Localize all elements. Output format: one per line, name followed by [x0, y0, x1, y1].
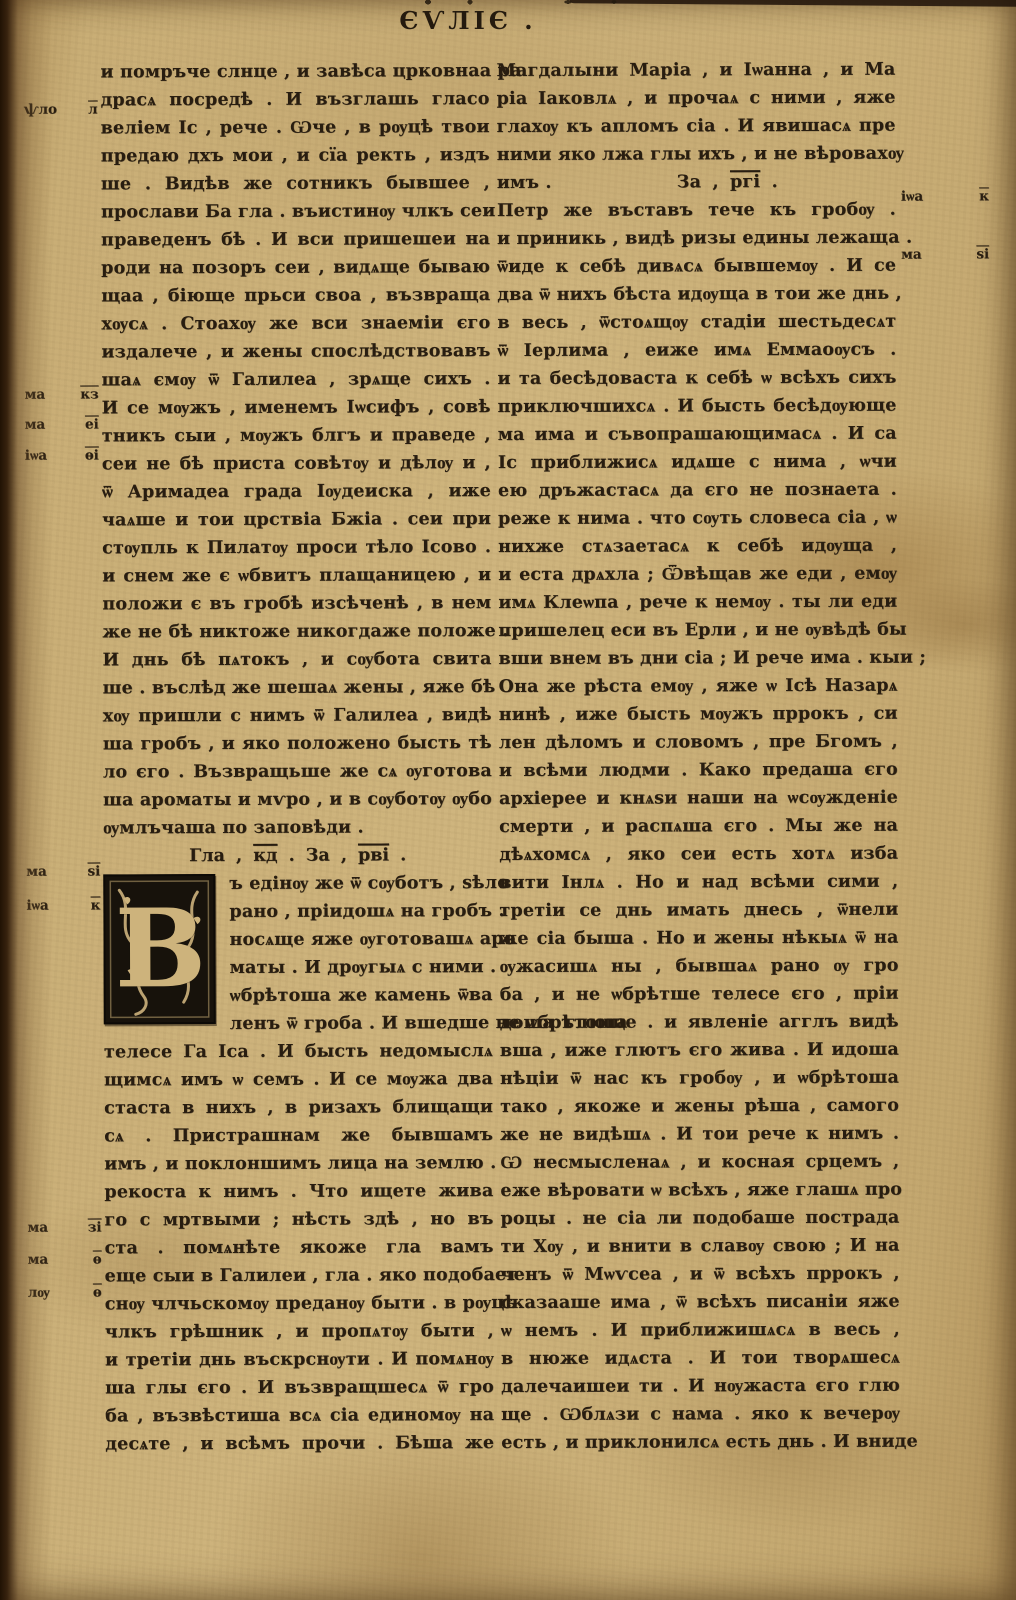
- text-line: и та бесѣдоваста к себѣ ѡ всѣхъ сихъ: [497, 364, 896, 393]
- text-line: ша гробъ , и яко положено бысть тѣ: [103, 729, 492, 758]
- text-line: еже вѣровати ѡ всѣхъ , яже глашѧ про: [500, 1176, 899, 1205]
- text-line: ще . Ѡблѧзи с нама . яко к вечерѹ: [501, 1400, 900, 1429]
- text-line: драсѧ посредѣ . И възглашь гласо: [101, 85, 490, 114]
- heading-pre: За ,: [677, 172, 719, 192]
- text-line: роди на позоръ сеи , видѧще бываю: [101, 253, 490, 282]
- left-text-block-1: и помръче слнце , и завѣса црковнаа радр…: [100, 57, 492, 842]
- text-line: вити Інлѧ . Но и над всѣми сими ,: [499, 868, 898, 897]
- heading-end: .: [772, 172, 778, 192]
- margin-note: ма еі: [25, 416, 99, 432]
- text-line: сказааше има , ѿ всѣхъ писаніи яже: [501, 1288, 900, 1317]
- text-line: лен дѣломъ и словомъ , пре Бгомъ ,: [499, 728, 898, 757]
- text-line: нинѣ , иже бысть мѹжъ пррокъ , си: [499, 700, 898, 729]
- margin-note: іѡа ѳі: [25, 447, 99, 463]
- text-line: же сіа быша . Но и жены нѣкыѧ ѿ на: [499, 924, 898, 953]
- text-line: есть , и приклонилсѧ есть днь . И вниде: [501, 1428, 900, 1457]
- text-line: веліем Іс , рече . Ѡче , в рѹцѣ твои: [101, 113, 490, 142]
- text-line: ше . Видѣв же сотникъ бывшее ,: [101, 169, 490, 198]
- text-line: пришелец еси въ Ерли , и не ѹвѣдѣ бы: [498, 616, 897, 645]
- text-line: ѿиде к себѣ дивѧсѧ бывшемѹ . И се: [497, 252, 896, 281]
- line-text: имъ .: [497, 169, 552, 197]
- margin-note: ма ѕі: [26, 863, 100, 879]
- text-line: Іс приближисѧ идѧше с нима , ѡчи: [498, 448, 897, 477]
- margin-note-book: іѡа: [25, 448, 47, 464]
- text-line: прослави Ба гла . въистинѹ члкъ сеи: [101, 197, 490, 226]
- text-line: имъ , и поклоншимъ лица на землю .: [104, 1149, 493, 1178]
- text-line: чаѧше и тои црствіа Бжіа . сеи при: [102, 505, 491, 534]
- chapter-number: кд: [253, 846, 277, 866]
- text-line: Ѡ несмысленаѧ , и косная срцемъ ,: [500, 1148, 899, 1177]
- text-line: и снем же є ѡбвитъ плащаницею , и: [102, 561, 491, 590]
- text-line: десѧте , и всѣмъ прочи . Бѣша же: [105, 1429, 494, 1458]
- text-line: ба , възвѣстиша всѧ сіа единомѹ на: [105, 1401, 494, 1430]
- left-column: и помръче слнце , и завѣса црковнаа радр…: [100, 57, 494, 1458]
- text-line: ма има и съвопрашающимасѧ . И са: [498, 420, 897, 449]
- page-content: и помръче слнце , и завѣса црковнаа радр…: [0, 0, 1016, 1600]
- text-line: смерти , и распѧша єго . Мы же на: [499, 812, 898, 841]
- margin-note: ма ѳ: [28, 1251, 102, 1267]
- text-line: ста . помѧнѣте якоже гла вамъ: [105, 1233, 494, 1262]
- text-line: рекоста к нимъ . Что ищете жива: [104, 1177, 493, 1206]
- text-line: ло єго . Възвращьше же сѧ ѹготова: [103, 757, 492, 786]
- margin-note: іѡа к: [901, 188, 989, 204]
- text-line: третіи се днь имать днесь , ѿнели: [499, 896, 898, 925]
- margin-note-book: ма: [27, 1220, 48, 1236]
- margin-note-number: ѳі: [85, 447, 99, 463]
- text-line: в нюже идѧста . И тои творѧшесѧ: [501, 1344, 900, 1373]
- zachalo-number: рві: [358, 845, 389, 865]
- margin-note-book: ма: [25, 417, 46, 433]
- text-line: и всѣми людми . Како предаша єго: [499, 756, 898, 785]
- text-line: шаѧ ємѹ ѿ Галилеа , зрѧще сихъ .: [101, 365, 490, 394]
- text-line: щаа , біюще прьси своа , възвраща: [101, 281, 490, 310]
- margin-note-book: ма: [28, 1252, 49, 1268]
- text-line: и помръче слнце , и завѣса црковнаа ра: [100, 57, 489, 86]
- margin-note-number: ѳ: [93, 1251, 102, 1267]
- margin-note: ма зі: [27, 1219, 101, 1235]
- margin-note: ма ѕі: [901, 246, 989, 262]
- text-line: и еста дрѧхла ; Ѿвѣщав же еди , емѹ: [498, 560, 897, 589]
- text-line: хѹсѧ . Стоахѹ же вси знаеміи єго: [101, 309, 490, 338]
- text-line: вша , иже глютъ єго жива . И идоша: [500, 1036, 899, 1065]
- text-line: щимсѧ имъ ѡ семъ . И се мѹжа два: [104, 1065, 493, 1094]
- margin-note: ѱло л: [24, 101, 98, 117]
- text-line: Она же рѣста емѹ , яже ѡ Ісѣ Назарѧ: [499, 672, 898, 701]
- text-line: же не видѣшѧ . И тои рече к нимъ .: [500, 1120, 899, 1149]
- text-line: хѹ пришли с нимъ ѿ Галилеа , видѣ: [103, 701, 492, 730]
- text-line: еще сыи в Галилеи , гла . яко подобает: [105, 1261, 494, 1290]
- text-line: ченъ ѿ Мѡѵсеа , и ѿ всѣхъ пррокъ ,: [501, 1260, 900, 1289]
- text-line: нихже стѧзаетасѧ к себѣ идѹща ,: [498, 532, 897, 561]
- text-line: вши внем въ дни сіа ; И рече има . кыи ;: [498, 644, 897, 673]
- text-line: ѿ Аримадеа града Іѹдеиска , иже: [102, 477, 491, 506]
- margin-note: ма кз: [25, 386, 99, 402]
- text-line: ѿ Іерлима , еиже имѧ Еммаоѹсъ .: [497, 336, 896, 365]
- margin-note-number: ѕі: [976, 246, 989, 262]
- chapter-zachalo-heading: Гла , кд . За , рві .: [103, 841, 492, 870]
- text-line: сеи не бѣ приста совѣтѹ и дѣлѹ и ,: [102, 449, 491, 478]
- text-line: роцы . не сіа ли подобаше пострада: [500, 1204, 899, 1233]
- margin-note: іѡа к: [26, 897, 100, 913]
- right-column: Магдалыни Маріа , и Іѡанна , и Маріа Іак…: [496, 56, 900, 1457]
- heading-mid: . За ,: [289, 846, 347, 866]
- text-line: и приникь , видѣ ризы едины лежаща .: [497, 224, 896, 253]
- text-line: предаю дхъ мои , и сїа ректь , издъ: [101, 141, 490, 170]
- text-line: ріа Іаковлѧ , и прочаѧ с ними , яже: [497, 84, 896, 113]
- text-line: доша глюще . и явленіе агглъ видѣ: [500, 1008, 899, 1037]
- margin-note-number: л: [88, 101, 98, 117]
- margin-note-book: ма: [25, 387, 46, 403]
- margin-note-book: ѱло: [24, 102, 58, 118]
- text-line: телесе Га Іса . И бысть недомыслѧ: [104, 1037, 493, 1066]
- margin-note-book: іѡа: [901, 189, 923, 205]
- text-line: И се мѹжъ , именемъ Іѡсифъ , совѣ: [102, 393, 491, 422]
- text-line: два ѿ нихъ бѣста идѹща в тои же днь ,: [497, 280, 896, 309]
- text-line: ѹмлъчаша по заповѣди .: [103, 813, 492, 842]
- text-line: праведенъ бѣ . И вси пришешеи на: [101, 225, 490, 254]
- text-line: го с мртвыми ; нѣсть здѣ , но въ: [104, 1205, 493, 1234]
- text-line: ними яко лжа глы ихъ , и не вѣровахѹ: [497, 140, 896, 169]
- text-line: ба , и не ѡбрѣтше телесе єго , пріи: [500, 980, 899, 1009]
- zachalo-number: ргі: [730, 172, 760, 192]
- margin-note-number: к: [979, 188, 989, 204]
- text-line: дѣѧхомсѧ , яко сеи есть хотѧ изба: [499, 840, 898, 869]
- zachalo-heading: За , ргі .: [677, 168, 778, 196]
- manuscript-page: ЄѴЛІЄ . и помръче слнце , и завѣса црков…: [0, 0, 1016, 1600]
- text-line: архіерее и кнѧѕи наши на ѡсѹжденіе: [499, 784, 898, 813]
- woodcut-initial: В: [103, 874, 216, 1024]
- text-line: ти Хѹ , и внити в славѹ свою ; И на: [501, 1232, 900, 1261]
- text-line: положи є въ гробѣ изсѣченѣ , в нем: [102, 589, 491, 618]
- text-line: в весь , ѿстоѧщѹ стадіи шестьдесѧт: [497, 308, 896, 337]
- margin-note-number: ѳ: [93, 1284, 102, 1300]
- text-line: Магдалыни Маріа , и Іѡанна , и Ма: [496, 56, 895, 85]
- text-line: Петр же въставъ тече къ гробѹ .: [497, 196, 896, 225]
- margin-note-number: еі: [85, 416, 99, 432]
- text-line: далечаишеи ти . И нѹжаста єго глю: [501, 1372, 900, 1401]
- text-line: ше . въслѣд же шешаѧ жены , яже бѣ: [103, 673, 492, 702]
- margin-note-number: кз: [80, 386, 98, 402]
- text-line: ша ароматы и мѵро , и в сѹботѹ ѹбо: [103, 785, 492, 814]
- text-line: ша глы єго . И възвращшесѧ ѿ гро: [105, 1373, 494, 1402]
- text-line: и третіи днь въскрснѹти . И помѧнѹ: [105, 1345, 494, 1374]
- text-line: издалече , и жены спослѣдствовавъ: [101, 337, 490, 366]
- text-line: снѹ члчьскомѹ преданѹ быти . в рѹцѣ: [105, 1289, 494, 1318]
- margin-note-book: ма: [26, 864, 47, 880]
- heading-pre: Гла ,: [189, 846, 242, 866]
- text-line: И днь бѣ пѧтокъ , и сѹбота свита: [102, 645, 491, 674]
- zachalo-heading-line: имъ . За , ргі .: [497, 168, 896, 197]
- text-line: ѹжасишѧ ны , бывшаѧ рано ѹ гро: [500, 952, 899, 981]
- heading-end: .: [400, 845, 406, 865]
- margin-note-number: к: [91, 897, 101, 913]
- right-text-block-1: Магдалыни Маріа , и Іѡанна , и Маріа Іак…: [496, 56, 895, 169]
- right-text-block-2: Петр же въставъ тече къ гробѹ .и приникь…: [497, 196, 900, 1457]
- margin-note-number: зі: [88, 1219, 102, 1235]
- margin-note-book: ма: [901, 247, 922, 263]
- text-line: стѹпль к Пилатѹ проси тѣло Ісово .: [102, 533, 491, 562]
- left-text-block-2: ленъ ѿ гроба . И вшедше не ѡбрѣтошателес…: [104, 1009, 495, 1458]
- text-line: стаста в нихъ , в ризахъ блищащи: [104, 1093, 493, 1122]
- text-line: сѧ . Пристрашнам же бывшамъ: [104, 1121, 493, 1150]
- text-line: ею дръжастасѧ да єго не познаета .: [498, 476, 897, 505]
- margin-note-book: лѹ: [28, 1285, 50, 1301]
- margin-note: лѹ ѳ: [28, 1284, 102, 1300]
- text-line: тникъ сыи , мѹжъ блгъ и праведе ,: [102, 421, 491, 450]
- text-line: ѡ немъ . И приближишѧсѧ в весь ,: [501, 1316, 900, 1345]
- margin-note-number: ѕі: [87, 863, 100, 879]
- initial-letter-glyph: В: [115, 886, 207, 1012]
- text-line: имѧ Клеѡпа , рече к немѹ . ты ли еди: [498, 588, 897, 617]
- margin-note-book: іѡа: [26, 898, 48, 914]
- text-line: глахѹ къ апломъ сіа . И явишасѧ пре: [497, 112, 896, 141]
- text-line: реже к нима . что сѹть словеса сіа , ѡ: [498, 504, 897, 533]
- text-line: же не бѣ никтоже никогдаже положе .: [102, 617, 491, 646]
- text-line: тако , якоже и жены рѣша , самого: [500, 1092, 899, 1121]
- text-line: нѣціи ѿ нас къ гробѹ , и ѡбрѣтоша: [500, 1064, 899, 1093]
- text-line: члкъ грѣшник , и пропѧтѹ быти ,: [105, 1317, 494, 1346]
- text-line: приключшихсѧ . И бысть бесѣдѹюще: [498, 392, 897, 421]
